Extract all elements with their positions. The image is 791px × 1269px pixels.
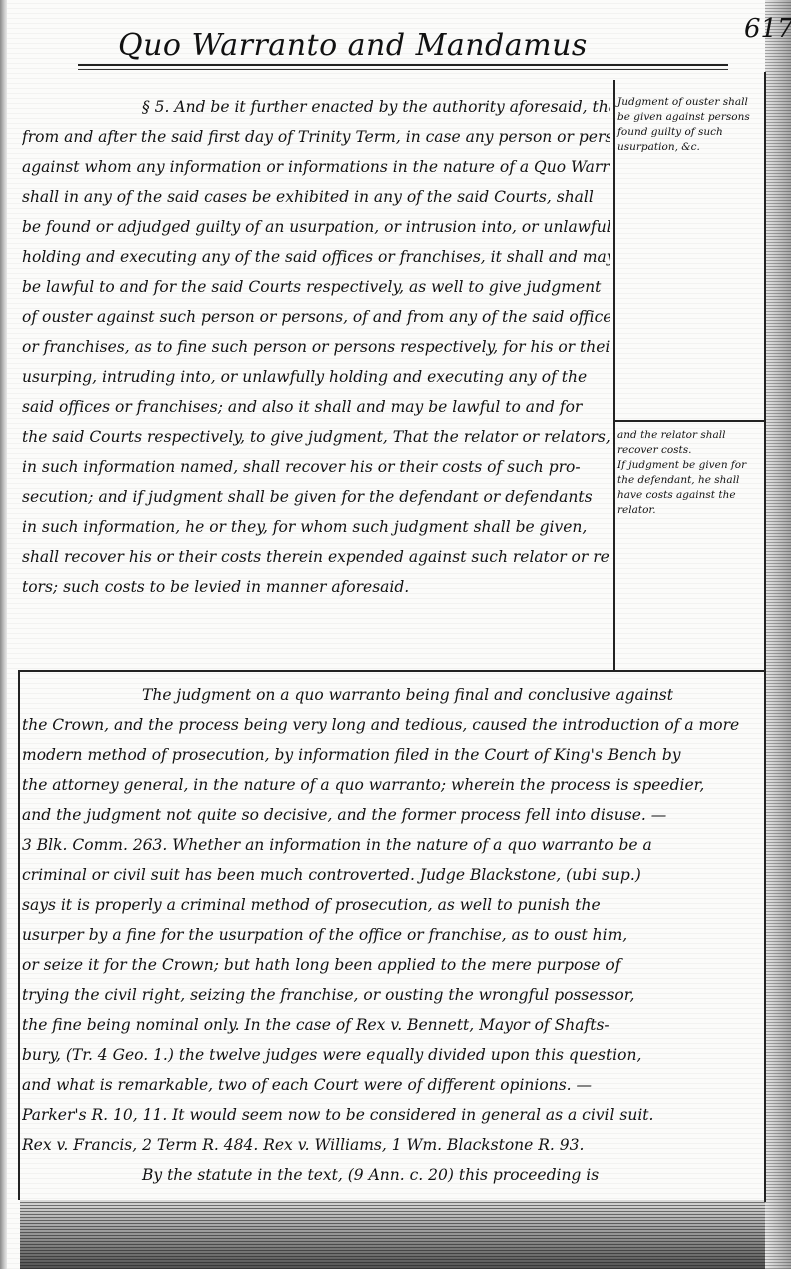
text-line: modern method of prosecution, by informa…: [22, 740, 762, 770]
margin-note-line: be given against persons: [617, 110, 757, 125]
margin-note-divider: [613, 420, 764, 422]
margin-note-line: usurpation, &c.: [617, 140, 757, 155]
statute-section-5: § 5. And be it further enacted by the au…: [22, 92, 610, 602]
manuscript-page: Quo Warranto and Mandamus 617 § 5. And b…: [0, 0, 791, 1269]
page-title: Quo Warranto and Mandamus: [118, 28, 588, 63]
text-line: said offices or franchises; and also it …: [22, 392, 610, 422]
margin-note-ouster: Judgment of ouster shall be given agains…: [617, 95, 757, 155]
text-line: and what is remarkable, two of each Cour…: [22, 1070, 762, 1100]
scan-shadow: [20, 1200, 765, 1269]
text-line: usurper by a fine for the usurpation of …: [22, 920, 762, 950]
text-line: secution; and if judgment shall be given…: [22, 482, 610, 512]
text-line: tors; such costs to be levied in manner …: [22, 572, 610, 602]
text-line: or franchises, as to fine such person or…: [22, 332, 610, 362]
title-underline-secondary: [78, 69, 728, 70]
text-line: bury, (Tr. 4 Geo. 1.) the twelve judges …: [22, 1040, 762, 1070]
title-underline: [78, 64, 728, 66]
text-line: usurping, intruding into, or unlawfully …: [22, 362, 610, 392]
margin-note-line: found guilty of such: [617, 125, 757, 140]
text-line: shall in any of the said cases be exhibi…: [22, 182, 610, 212]
margin-note-line: relator.: [617, 503, 757, 518]
margin-rule-left: [613, 80, 615, 670]
text-line: the said Courts respectively, to give ju…: [22, 422, 610, 452]
page-edge-shadow: [765, 0, 791, 1269]
text-line: of ouster against such person or persons…: [22, 302, 610, 332]
commentary: The judgment on a quo warranto being fin…: [22, 680, 762, 1190]
text-line: holding and executing any of the said of…: [22, 242, 610, 272]
text-line: The judgment on a quo warranto being fin…: [22, 680, 762, 710]
text-line: be found or adjudged guilty of an usurpa…: [22, 212, 610, 242]
text-line: Rex v. Francis, 2 Term R. 484. Rex v. Wi…: [22, 1130, 762, 1160]
margin-note-line: Judgment of ouster shall: [617, 95, 757, 110]
text-line: trying the civil right, seizing the fran…: [22, 980, 762, 1010]
margin-note-line: the defendant, he shall: [617, 473, 757, 488]
section-divider: [18, 670, 764, 672]
margin-note-line: and the relator shall: [617, 428, 757, 443]
page-binding-shadow: [0, 0, 7, 1269]
text-line: § 5. And be it further enacted by the au…: [22, 92, 610, 122]
text-line: shall recover his or their costs therein…: [22, 542, 610, 572]
text-line: 3 Blk. Comm. 263. Whether an information…: [22, 830, 762, 860]
text-line: the attorney general, in the nature of a…: [22, 770, 762, 800]
text-line: in such information, he or they, for who…: [22, 512, 610, 542]
text-line: in such information named, shall recover…: [22, 452, 610, 482]
text-line: and the judgment not quite so decisive, …: [22, 800, 762, 830]
text-line: the fine being nominal only. In the case…: [22, 1010, 762, 1040]
text-line: Parker's R. 10, 11. It would seem now to…: [22, 1100, 762, 1130]
text-line: the Crown, and the process being very lo…: [22, 710, 762, 740]
page-number: 617: [744, 14, 791, 44]
text-line: or seize it for the Crown; but hath long…: [22, 950, 762, 980]
text-line: says it is properly a criminal method of…: [22, 890, 762, 920]
text-line: be lawful to and for the said Courts res…: [22, 272, 610, 302]
text-line: against whom any information or informat…: [22, 152, 610, 182]
margin-note-line: have costs against the: [617, 488, 757, 503]
margin-rule-right: [764, 72, 766, 1202]
margin-note-line: recover costs.: [617, 443, 757, 458]
text-line: By the statute in the text, (9 Ann. c. 2…: [22, 1160, 762, 1190]
commentary-rule-left: [18, 670, 20, 1200]
text-line: criminal or civil suit has been much con…: [22, 860, 762, 890]
text-line: from and after the said first day of Tri…: [22, 122, 610, 152]
margin-note-costs: and the relator shall recover costs. If …: [617, 428, 757, 518]
margin-note-line: If judgment be given for: [617, 458, 757, 473]
